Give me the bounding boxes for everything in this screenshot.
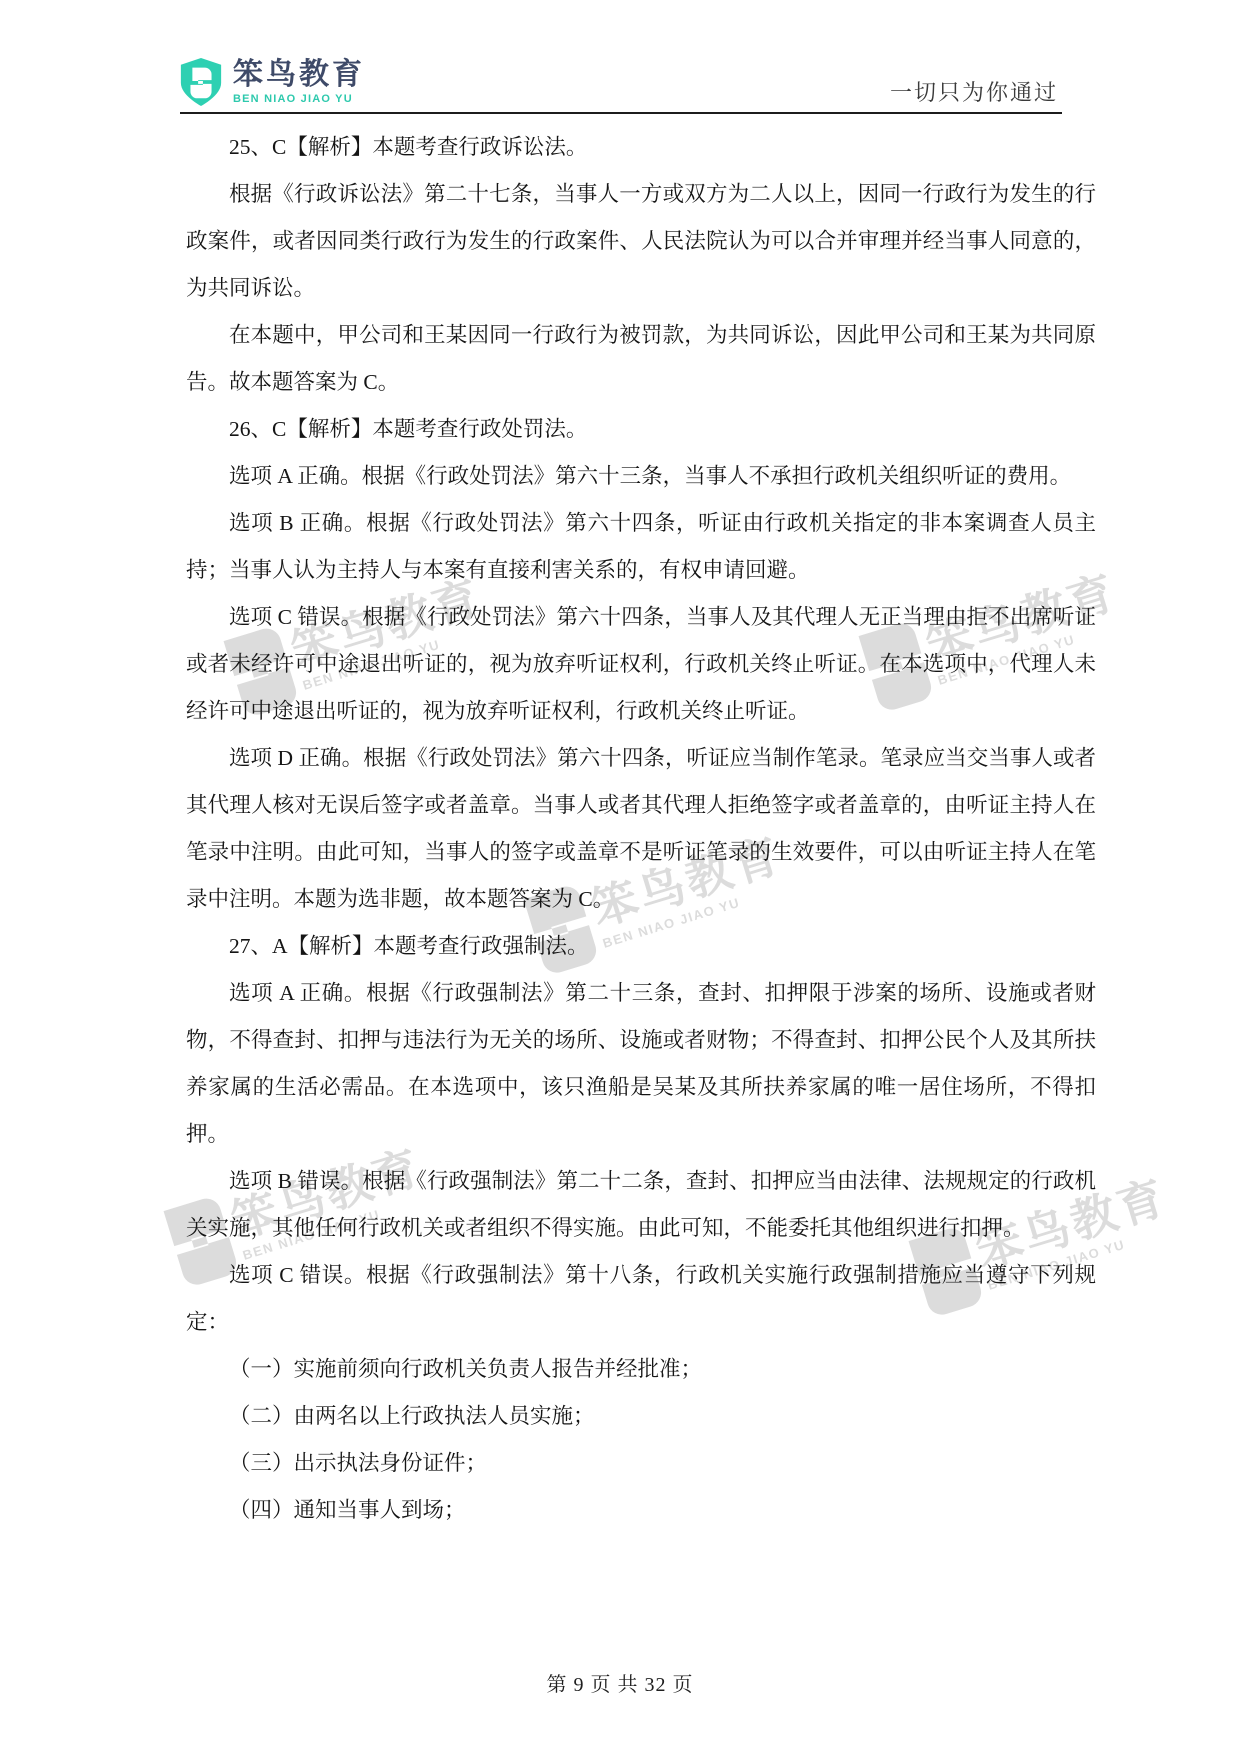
brand-logo: 笨鸟教育 BEN NIAO JIAO YU [178, 56, 365, 108]
explanation-paragraph: 选项 C 错误。根据《行政强制法》第十八条，行政机关实施行政强制措施应当遵守下列… [186, 1252, 1096, 1346]
explanation-paragraph: 选项 A 正确。根据《行政处罚法》第六十三条，当事人不承担行政机关组织听证的费用… [186, 453, 1096, 500]
explanation-paragraph: 27、A【解析】本题考查行政强制法。 [186, 923, 1096, 970]
explanation-paragraph: 选项 D 正确。根据《行政处罚法》第六十四条，听证应当制作笔录。笔录应当交当事人… [186, 735, 1096, 923]
content-area: 25、C【解析】本题考查行政诉讼法。 根据《行政诉讼法》第二十七条，当事人一方或… [186, 124, 1096, 1534]
page-header: 笨鸟教育 BEN NIAO JIAO YU 一切只为你通过 [0, 0, 1240, 116]
list-item: （二）由两名以上行政执法人员实施； [186, 1393, 1096, 1440]
explanation-paragraph: 选项 B 错误。根据《行政强制法》第二十二条，查封、扣押应当由法律、法规规定的行… [186, 1158, 1096, 1252]
explanation-paragraph: 26、C【解析】本题考查行政处罚法。 [186, 406, 1096, 453]
explanation-paragraph: 25、C【解析】本题考查行政诉讼法。 [186, 124, 1096, 171]
header-slogan: 一切只为你通过 [890, 76, 1058, 107]
explanation-paragraph: 在本题中，甲公司和王某因同一行政行为被罚款，为共同诉讼，因此甲公司和王某为共同原… [186, 312, 1096, 406]
header-divider [180, 112, 1062, 114]
brand-name-cn: 笨鸟教育 [233, 59, 365, 91]
explanation-paragraph: 选项 A 正确。根据《行政强制法》第二十三条，查封、扣押限于涉案的场所、设施或者… [186, 970, 1096, 1158]
document-page: 笨鸟教育 BEN NIAO JIAO YU 笨鸟教育 BEN NIAO JIAO… [0, 0, 1240, 1754]
explanation-paragraph: 选项 C 错误。根据《行政处罚法》第六十四条，当事人及其代理人无正当理由拒不出席… [186, 594, 1096, 735]
explanation-paragraph: 根据《行政诉讼法》第二十七条，当事人一方或双方为二人以上，因同一行政行为发生的行… [186, 171, 1096, 312]
page-number: 第 9 页 共 32 页 [0, 1668, 1240, 1697]
list-item: （四）通知当事人到场； [186, 1487, 1096, 1534]
brand-name-en: BEN NIAO JIAO YU [233, 93, 365, 105]
explanation-paragraph: 选项 B 正确。根据《行政处罚法》第六十四条，听证由行政机关指定的非本案调查人员… [186, 500, 1096, 594]
bird-shield-icon [178, 56, 224, 108]
list-item: （一）实施前须向行政机关负责人报告并经批准； [186, 1346, 1096, 1393]
list-item: （三）出示执法身份证件； [186, 1440, 1096, 1487]
